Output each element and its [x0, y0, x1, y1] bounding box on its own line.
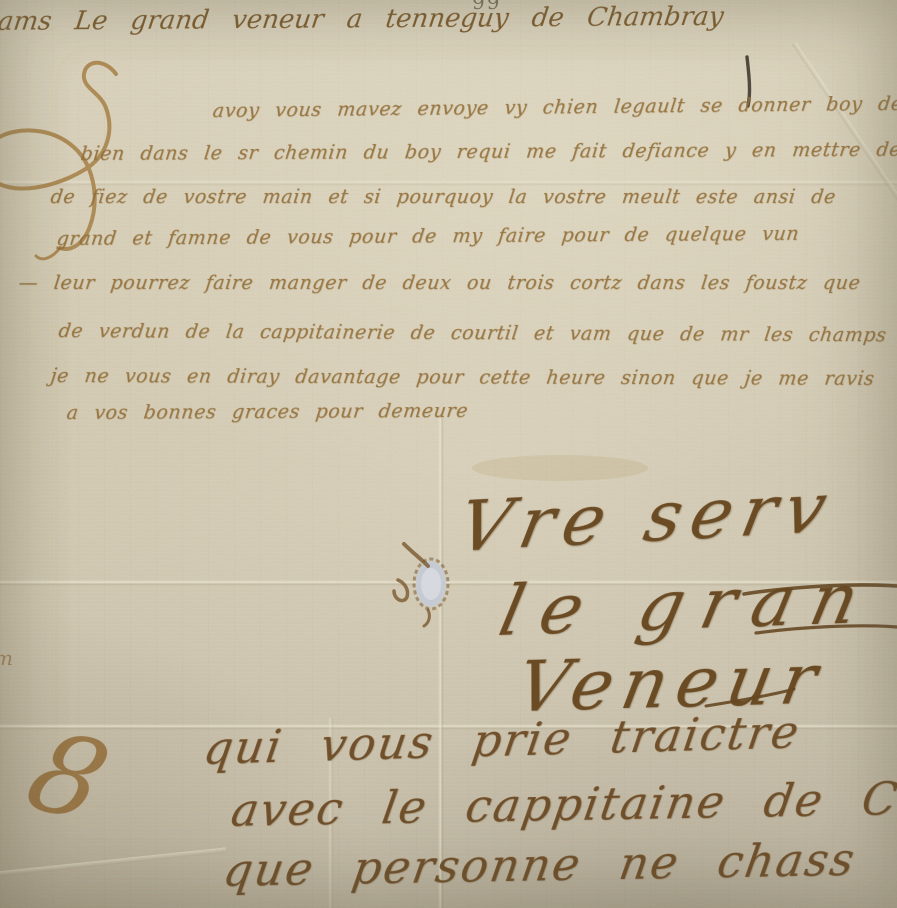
postscript-line-2: avec le cappitaine de C: [228, 772, 897, 837]
postscript-line-3: que personne ne chass: [220, 833, 860, 897]
paraph-flourish: 8: [12, 708, 124, 846]
fold-crease-diagonal-bottom-left: [0, 847, 226, 877]
manuscript-line-2: bien dans le sr chemin du boy requi me f…: [79, 138, 897, 165]
ink-smudges-near-hole: [394, 544, 429, 626]
postscript-line-1: qui vous prie traictre: [200, 705, 804, 775]
manuscript-line-4: grand et famne de vous pour de my faire …: [55, 223, 800, 250]
photo-vignette: [0, 0, 897, 908]
manuscript-line-6: de verdun de la cappitainerie de courtil…: [57, 320, 888, 346]
manuscript-photo: 99 ams Le grand veneur a tenneguy de Cha…: [0, 0, 897, 908]
manuscript-line-1: avoy vous mavez envoye vy chien legault …: [212, 92, 897, 122]
address-line: ams Le grand veneur a tenneguy de Chambr…: [0, 2, 725, 37]
ink-flourish-layer: [0, 0, 897, 908]
manuscript-line-5: — leur pourrez faire manger de deux ou t…: [17, 272, 861, 294]
paper-hole: [414, 559, 448, 609]
margin-mark: m: [0, 646, 13, 670]
manuscript-line-8: a vos bonnes graces pour demeure: [65, 400, 469, 424]
manuscript-line-7: je ne vous en diray davantage pour cette…: [49, 365, 876, 390]
fold-crease-vertical-1: [438, 418, 444, 908]
signature-line-1: Vre serv: [452, 467, 842, 568]
manuscript-line-3: de fiez de vostre main et si pourquoy la…: [49, 186, 837, 208]
paper-grain-texture: [0, 0, 897, 908]
